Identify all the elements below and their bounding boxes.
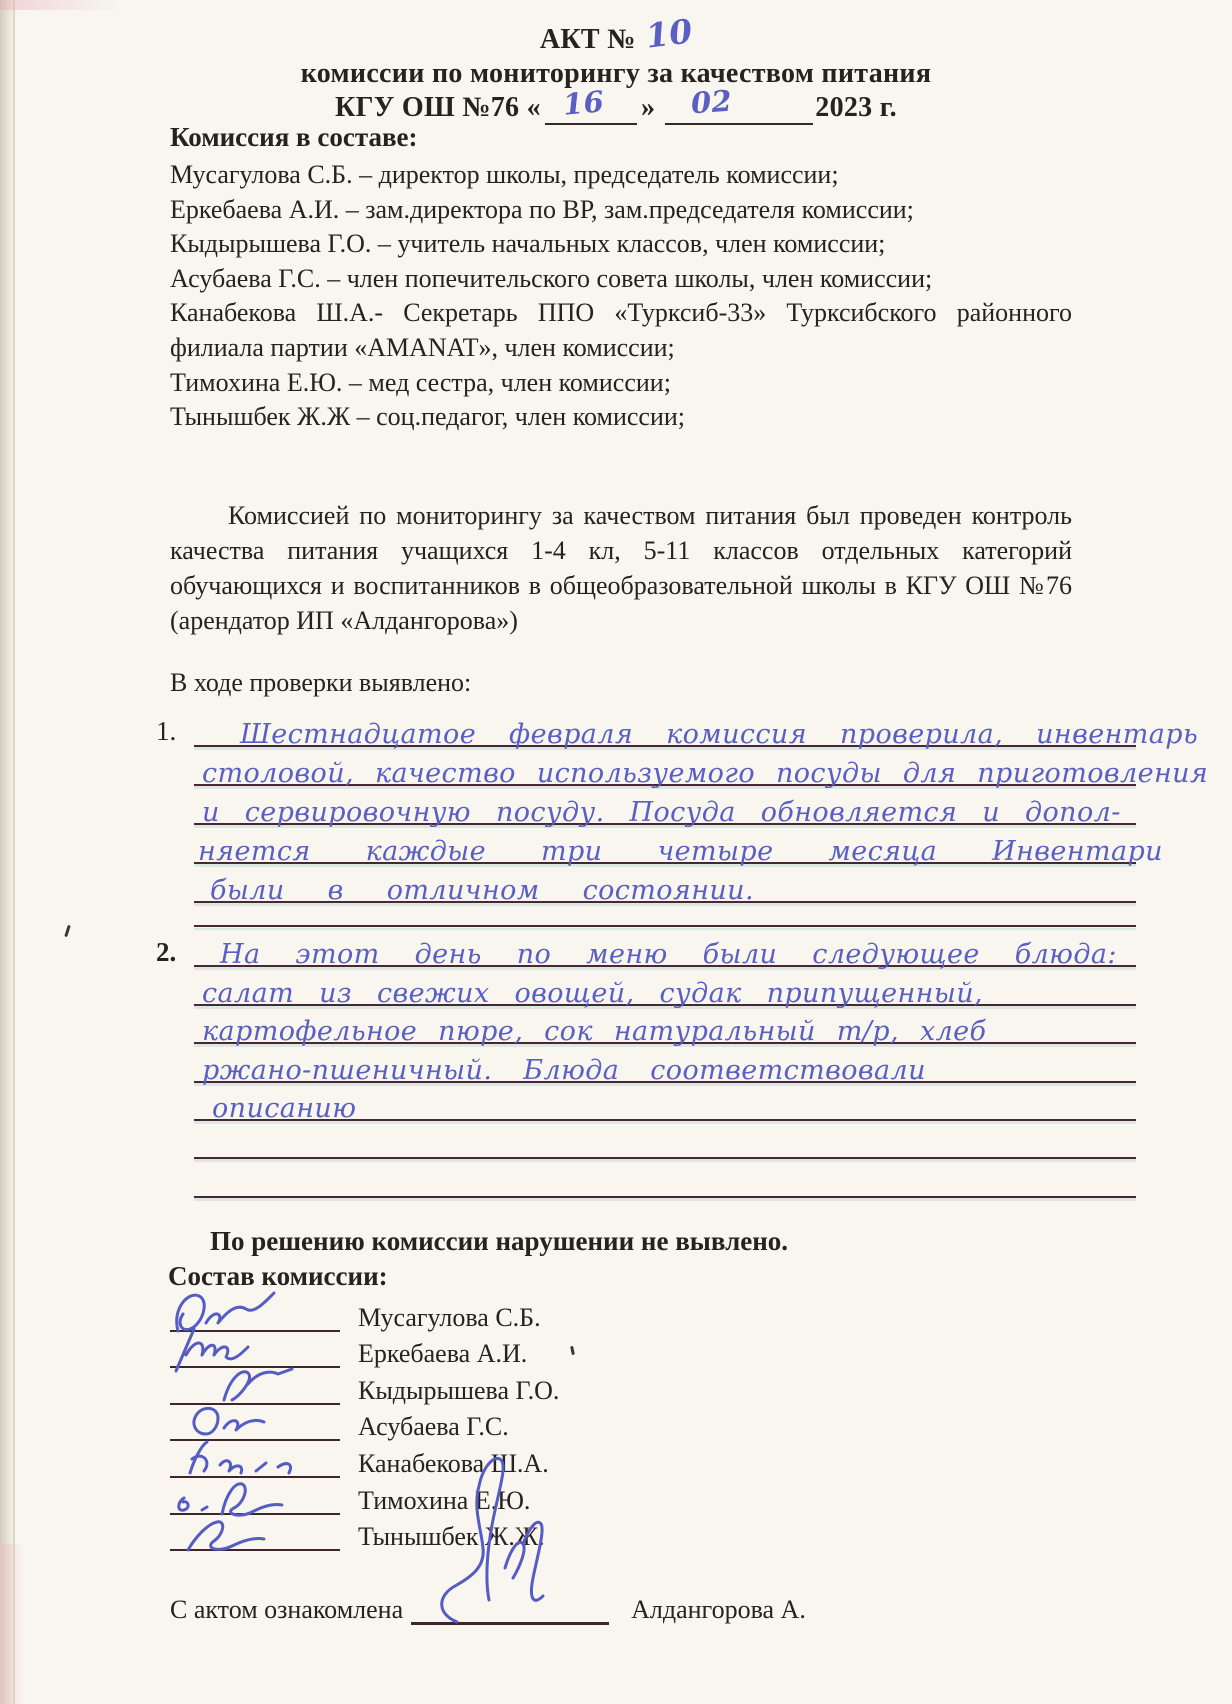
acknowledgement-row: С актом ознакомлена Алдангорова А. <box>170 1588 806 1625</box>
commission-member: Тынышбек Ж.Ж – соц.педагог, член комисси… <box>170 400 1072 435</box>
scan-artifact <box>0 0 120 10</box>
quote-close: » <box>641 92 655 123</box>
empty-ruled-line <box>194 925 1136 927</box>
ruled-line: ржано-пшеничный. Блюда соответствовали <box>194 1044 1136 1082</box>
date-day-handwritten: 16 <box>562 84 606 121</box>
handwritten-text: столовой, качество используемого посуды … <box>202 758 1208 789</box>
commission-member: Мусагулова С.Б. – директор школы, предсе… <box>170 158 1072 193</box>
scan-left-edge-line <box>13 0 15 1704</box>
act-title-line: АКТ №10 <box>0 20 1232 57</box>
acknowledgement-signature-line <box>411 1588 609 1625</box>
scan-artifact <box>0 1544 26 1704</box>
act-label: АКТ № <box>540 24 636 55</box>
signature-scribble <box>172 1506 322 1558</box>
signer-name: Кыдырышева Г.О. <box>358 1376 559 1405</box>
stray-pen-mark <box>64 925 71 937</box>
handwritten-text: няется каждые три четыре месяца Инвентар… <box>198 836 1163 867</box>
ruled-line: были в отличном состоянии. <box>194 864 1136 903</box>
intro-paragraph: Комиссией по мониторингу за качеством пи… <box>170 498 1072 638</box>
date-month-blank: 02 <box>665 91 813 125</box>
ruled-line: столовой, качество используемого посуды … <box>194 747 1136 786</box>
decision-statement: По решению комиссии нарушении не вывлено… <box>170 1226 1072 1257</box>
finding-ruled-lines: Шестнадцатое февраля комиссия проверила,… <box>194 708 1136 903</box>
act-number-handwritten: 10 <box>644 14 694 53</box>
finding-ruled-lines: На этот день по меню были следующее блюд… <box>194 929 1136 1198</box>
date-day-blank: 16 <box>545 91 637 125</box>
acknowledgement-signature-scribble <box>429 1450 569 1630</box>
signature-line <box>170 1513 340 1552</box>
ruled-line: салат из свежих овощей, судак припущенны… <box>194 967 1136 1005</box>
finding-number: 1. <box>156 708 194 903</box>
ruled-line: няется каждые три четыре месяца Инвентар… <box>194 825 1136 864</box>
ruled-line: Шестнадцатое февраля комиссия проверила,… <box>194 708 1136 747</box>
handwritten-text: описанию <box>212 1093 356 1124</box>
acknowledged-by-name: Алдангорова А. <box>631 1595 806 1625</box>
handwritten-text: Шестнадцатое февраля комиссия проверила,… <box>240 719 1198 750</box>
empty-ruled-line <box>194 1159 1136 1197</box>
act-subtitle: комиссии по мониторингу за качеством пит… <box>0 57 1232 91</box>
year-label: 2023 г. <box>815 92 897 123</box>
acknowledgement-label: С актом ознакомлена <box>170 1595 403 1625</box>
handwritten-text: и сервировочную посуду. Посуда обновляет… <box>202 797 1121 828</box>
ruled-line: описанию <box>194 1083 1136 1121</box>
ruled-line: и сервировочную посуду. Посуда обновляет… <box>194 786 1136 825</box>
handwritten-text: картофельное пюре, сок натуральный т/р, … <box>202 1016 986 1047</box>
ruled-line: На этот день по меню были следующее блюд… <box>194 929 1136 967</box>
commission-member: Асубаева Г.С. – член попечительского сов… <box>170 262 1072 297</box>
commission-member: Тимохина Е.Ю. – мед сестра, член комисси… <box>170 366 1072 401</box>
commission-member: Кыдырышева Г.О. – учитель начальных клас… <box>170 227 1072 262</box>
date-month-handwritten: 02 <box>690 84 733 121</box>
finding-number: 2. <box>156 929 194 1198</box>
document-header: АКТ №10 комиссии по мониторингу за качес… <box>0 20 1232 125</box>
handwritten-text: ржано-пшеничный. Блюда соответствовали <box>202 1055 926 1086</box>
handwritten-text: были в отличном состоянии. <box>210 875 754 906</box>
empty-ruled-line <box>194 1121 1136 1159</box>
signer-name: Еркебаева А.И. <box>358 1339 527 1368</box>
scanned-document-page: АКТ №10 комиссии по мониторингу за качес… <box>0 0 1232 1704</box>
commission-member: Еркебаева А.И. – зам.директора по ВР, за… <box>170 193 1072 228</box>
finding-item-1: 1. Шестнадцатое февраля комиссия провери… <box>156 708 1136 903</box>
commission-members-list: Мусагулова С.Б. – директор школы, предсе… <box>170 158 1072 435</box>
act-school-date-line: КГУ ОШ №76 «16»022023 г. <box>0 91 1232 125</box>
handwritten-text: На этот день по меню были следующее блюд… <box>220 939 1117 970</box>
findings-heading: В ходе проверки выявлено: <box>170 668 471 698</box>
commission-heading: Комиссия в составе: <box>170 122 418 153</box>
signer-name: Асубаева Г.С. <box>358 1412 509 1441</box>
finding-item-2: 2. На этот день по меню были следующее б… <box>156 929 1136 1198</box>
commission-member: Канабекова Ш.А.- Секретарь ППО «Турксиб-… <box>170 296 1072 365</box>
school-label: КГУ ОШ №76 « <box>335 92 541 123</box>
signer-name: Мусагулова С.Б. <box>358 1303 541 1332</box>
handwritten-text: салат из свежих овощей, судак припущенны… <box>202 978 983 1009</box>
ruled-line: картофельное пюре, сок натуральный т/р, … <box>194 1006 1136 1044</box>
stray-pen-mark <box>570 1346 575 1355</box>
